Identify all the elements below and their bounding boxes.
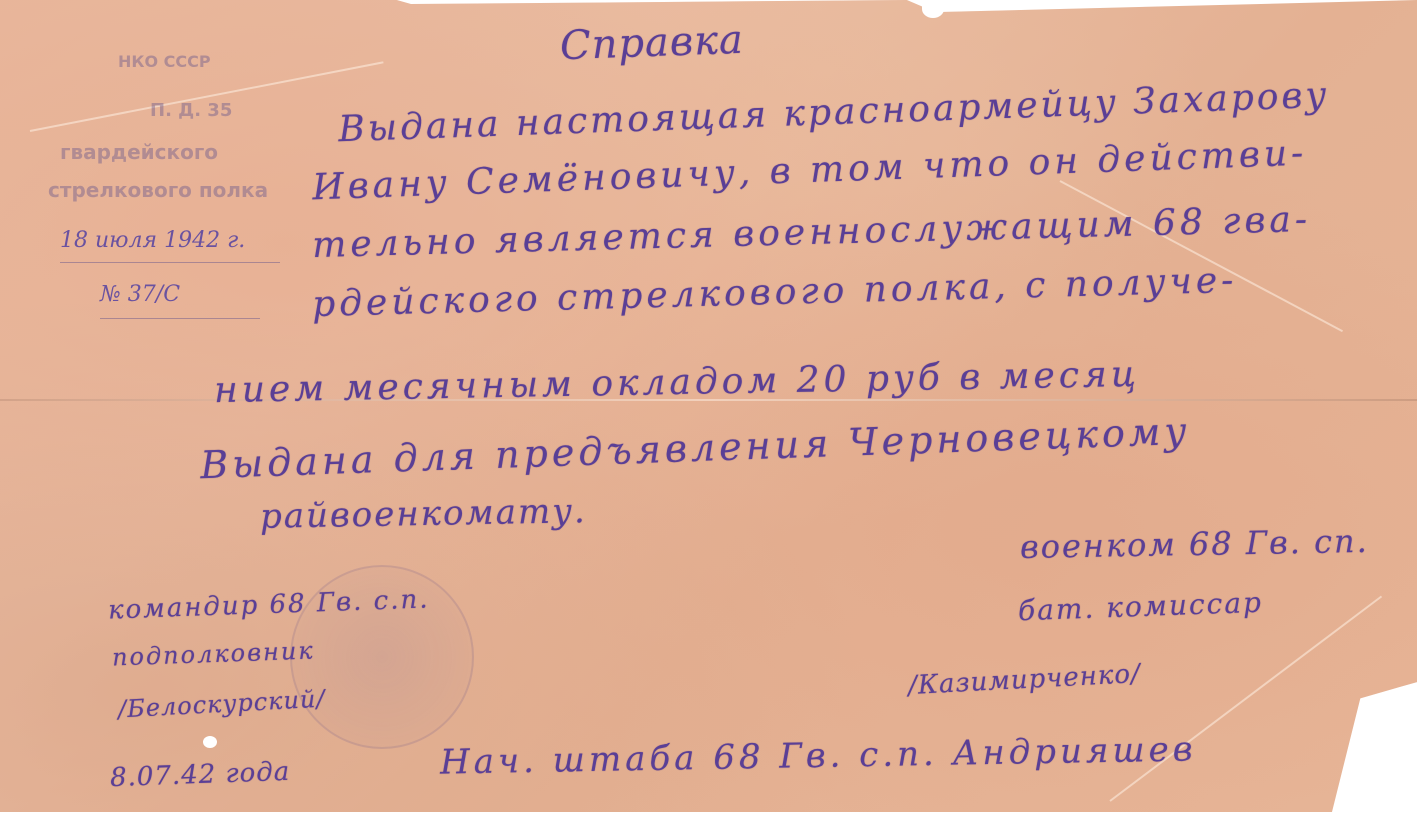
stamp-line-1: НКО СССР [118, 52, 211, 71]
stamp-underline [100, 318, 260, 319]
body-line: райвоенкомату. [260, 491, 587, 537]
paper-tear [922, 0, 944, 18]
stamp-underline [60, 262, 280, 263]
stamp-line-3: гвардейского [60, 140, 218, 164]
stamp-number: № 37/С [100, 282, 180, 307]
document-title: Справка [559, 17, 744, 69]
stamp-line-2: П. Д. 35 [150, 100, 232, 121]
stamp-date: 18 июля 1942 г. [60, 228, 245, 253]
paper-hole [203, 736, 217, 748]
stamp-line-4: стрелкового полка [48, 178, 268, 202]
document-date: 8.07.42 года [110, 757, 291, 793]
commissar-title: военком 68 Гв. сп. [1020, 522, 1369, 566]
